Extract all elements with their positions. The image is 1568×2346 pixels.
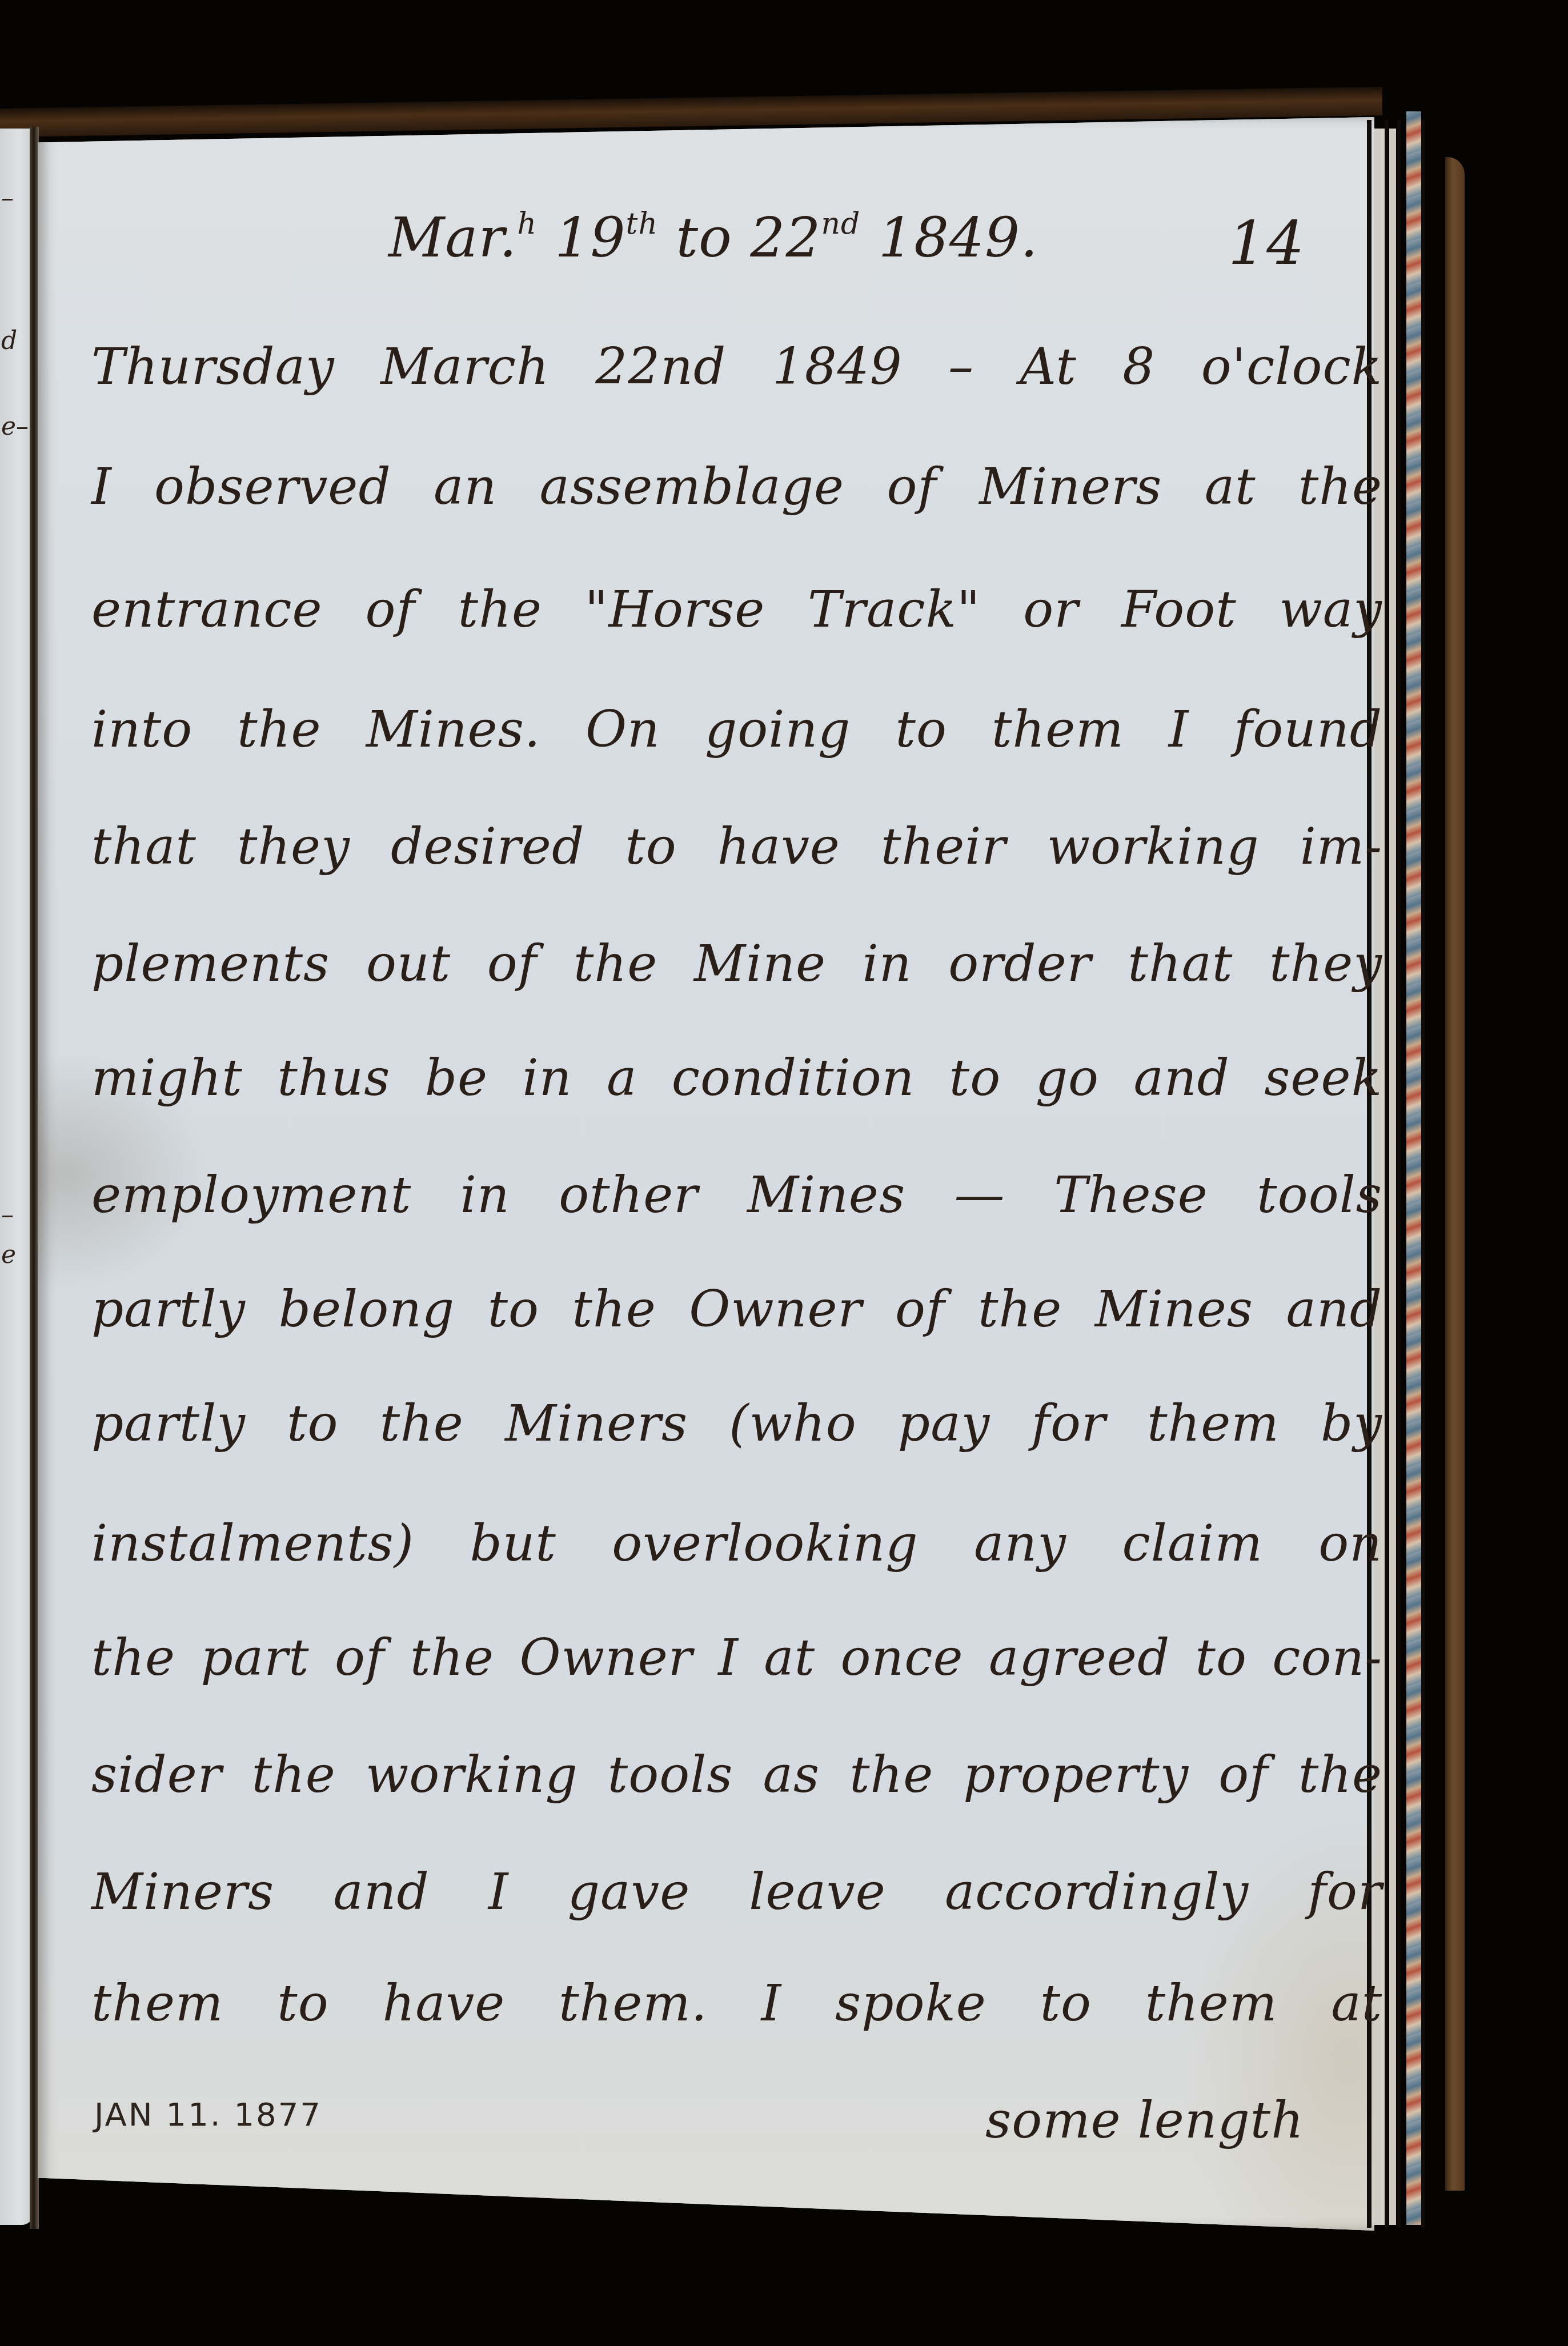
manuscript-line: Thursday March 22nd 1849 – At 8 o'clock [91,337,1382,396]
manuscript-line: them to have them. I spoke to them at [91,1974,1382,2032]
left-page-fragment: d [1,328,17,354]
left-page-fragment: e [1,1242,16,1268]
manuscript-line: partly belong to the Owner of the Mines … [91,1280,1382,1338]
left-facing-page: – d e– – e [0,129,33,2225]
page-stack-edge [1389,129,1396,2225]
manuscript-line: I observed an assemblage of Miners at th… [91,457,1382,516]
manuscript-line: employment in other Mines — These tools [91,1165,1382,1224]
left-page-fragment: – [1,1202,14,1228]
page-edge-line [1421,120,1425,2228]
date-stamp: JAN 11. 1877 [94,2096,322,2134]
manuscript-line: that they desired to have their working … [91,817,1382,876]
heading-year: 1849. [879,206,1038,270]
manuscript-line: entrance of the "Horse Track" or Foot wa… [91,580,1382,639]
manuscript-line: partly to the Miners (who pay for them b… [91,1394,1382,1453]
heading-start-day: 19 [555,206,625,270]
catchword: some length [985,2091,1304,2150]
heading-end-day-superscript: nd [821,207,861,241]
heading-start-day-superscript: th [626,207,658,241]
heading-month-superscript: h [517,207,537,241]
left-page-fragment: e– [1,414,29,439]
manuscript-line: the part of the Owner I at once agreed t… [91,1628,1382,1687]
manuscript-line: instalments) but overlooking any claim o… [91,1514,1382,1573]
page-edge-line [1397,120,1401,2228]
marbled-page-edge [1406,111,1421,2225]
heading-end-day: 22 [750,206,821,270]
page-edge-line [1385,120,1388,2228]
manuscript-line: sider the working tools as the property … [91,1745,1382,1804]
heading-month: Mar. [388,206,517,270]
manuscript-line: might thus be in a condition to go and s… [91,1048,1382,1107]
page-number: 14 [1228,208,1305,278]
book-gutter [30,127,39,2229]
manuscript-line: into the Mines. On going to them I found [91,700,1382,759]
heading-connector: to [676,206,732,270]
page-heading-date-range: Mar.h 19th to 22nd 1849. [388,206,1038,270]
manuscript-line: Miners and I gave leave accordingly for [91,1862,1382,1921]
manuscript-line: plements out of the Mine in order that t… [91,934,1382,993]
book-back-cover [1445,157,1465,2191]
left-page-fragment: – [1,186,14,211]
